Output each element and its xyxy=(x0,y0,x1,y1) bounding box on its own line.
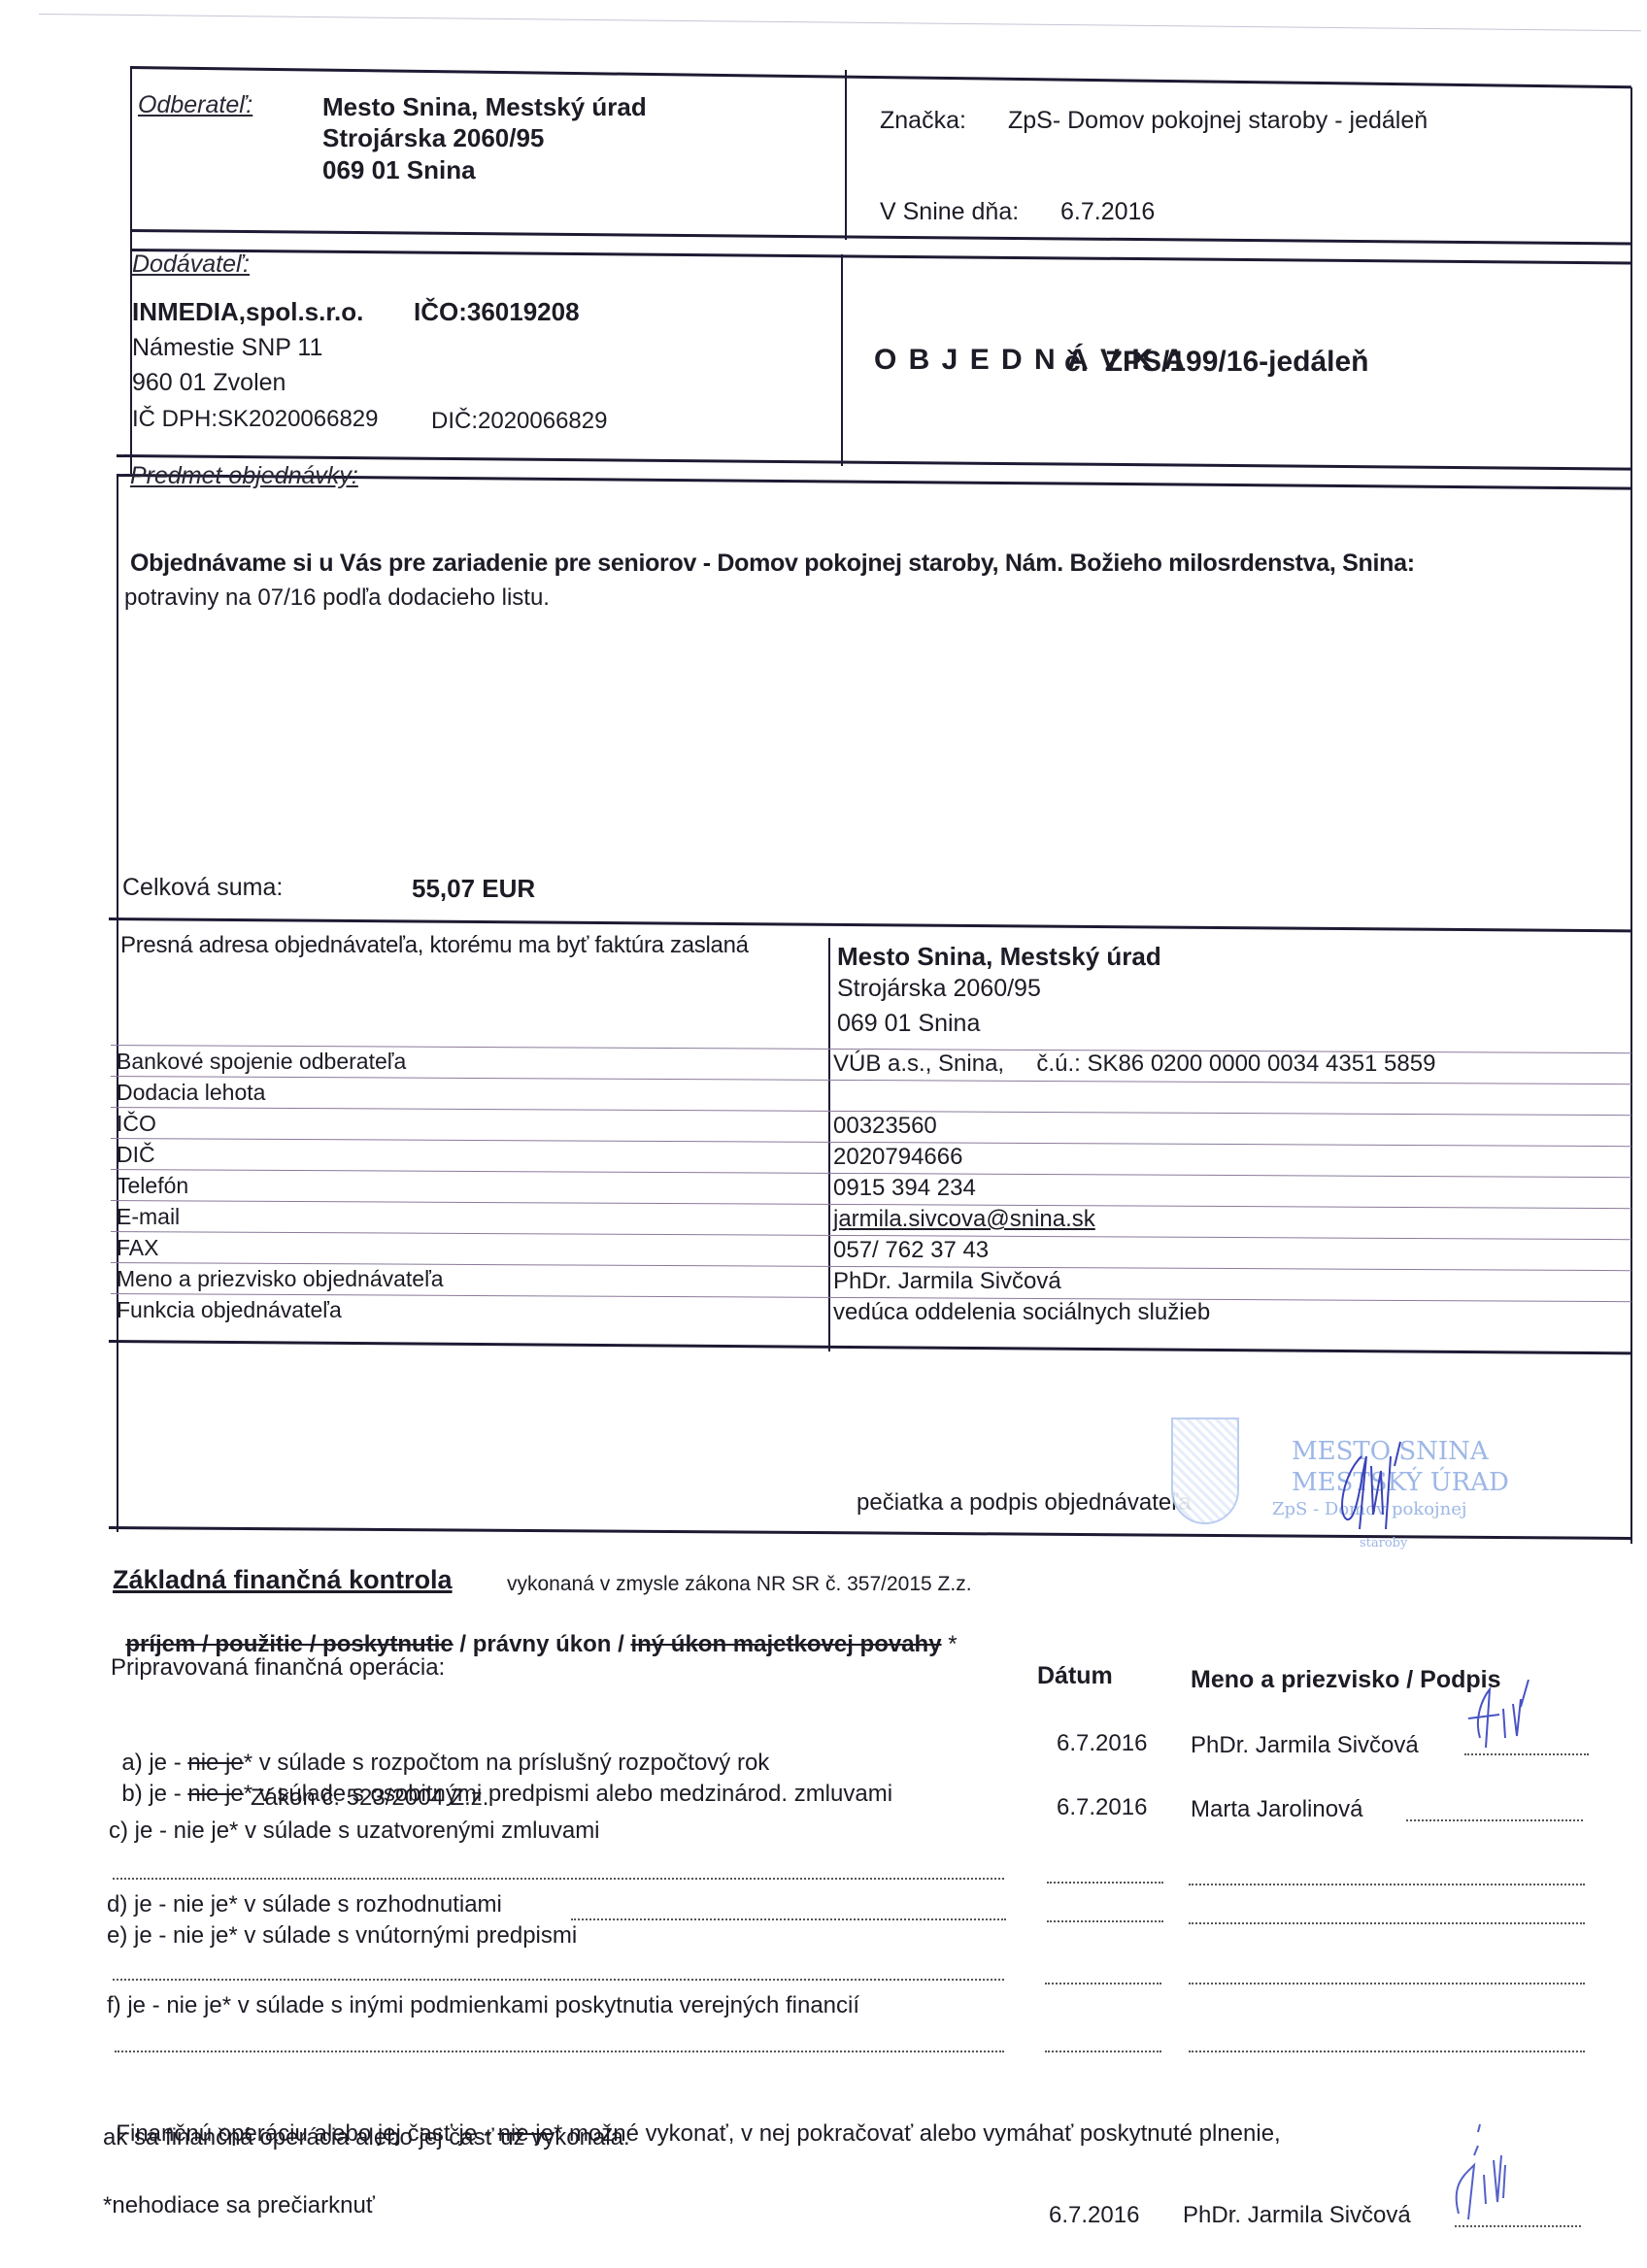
control-item-b: b) je - nie je* v súlade s osobitnými pr… xyxy=(109,1753,892,1808)
blank-line-f xyxy=(115,2051,1004,2052)
supplier-label: Dodávateľ: xyxy=(132,250,250,279)
blank-date-f xyxy=(1045,2051,1161,2052)
stamp-line-4: staroby xyxy=(1360,1536,1407,1551)
frame-mid-invoice xyxy=(828,938,830,1351)
supplier-name: INMEDIA,spol.s.r.o. xyxy=(132,297,363,327)
control-title: Základná finančná kontrola xyxy=(113,1565,453,1595)
sign-2-date: 6.7.2016 xyxy=(1057,1794,1147,1821)
invoice-row-label: DIČ xyxy=(117,1142,155,1168)
invoice-row-label: Telefón xyxy=(117,1173,188,1199)
frame-left-lower xyxy=(117,474,118,1532)
supplier-ico: IČO:36019208 xyxy=(414,297,580,327)
mark-label: Značka: xyxy=(880,107,966,135)
type-struck-1: príjem / použitie / poskytnutie xyxy=(125,1631,453,1657)
sign-2-line xyxy=(1406,1819,1583,1821)
blank-line-e xyxy=(113,1979,1004,1981)
control-item-c: c) je - nie je* v súlade s uzatvorenými … xyxy=(109,1818,600,1845)
invoice-address-name: Mesto Snina, Mestský úrad xyxy=(837,942,1161,972)
supplier-street: Námestie SNP 11 xyxy=(132,334,322,362)
customer-label: Odberateľ: xyxy=(138,91,252,119)
final-date: 6.7.2016 xyxy=(1049,2202,1139,2229)
sign-1-date: 6.7.2016 xyxy=(1057,1730,1147,1757)
signature-1-icon xyxy=(1461,1680,1538,1757)
divider-6 xyxy=(109,1340,1631,1354)
type-struck-2: iný úkon majetkovej povahy xyxy=(630,1631,941,1657)
control-item-f: f) je - nie je* v súlade s inými podmien… xyxy=(107,1992,859,2019)
type-sep-1: / xyxy=(454,1631,473,1657)
control-item-e: e) je - nie je* v súlade s vnútornými pr… xyxy=(107,1922,577,1950)
divider-1 xyxy=(130,229,1631,245)
date-value: 6.7.2016 xyxy=(1060,198,1155,226)
invoice-row-value: 2020794666 xyxy=(833,1144,962,1171)
supplier-ic-dph: IČ DPH:SK2020066829 xyxy=(132,406,379,433)
frame-right xyxy=(1630,87,1632,1544)
blank-name-c xyxy=(1189,1884,1585,1885)
control-type-line: príjem / použitie / poskytnutie / právny… xyxy=(113,1604,958,1658)
final-statement-line2: ak sa finančná operácia alebo jej časť u… xyxy=(103,2124,630,2151)
type-sep-2: / xyxy=(611,1631,630,1657)
item-b-struck: nie je xyxy=(187,1781,243,1807)
footnote: *nehodiace sa prečiarknuť xyxy=(103,2192,375,2219)
control-item-b-law: Zákon č. 523/2004 Z.z. xyxy=(251,1784,488,1812)
order-number: č. ZPS/199/16-jedáleň xyxy=(1064,346,1369,379)
invoice-row-value: VÚB a.s., Snina, č.ú.: SK86 0200 0000 00… xyxy=(833,1051,1435,1078)
prepared-label: Pripravovaná finančná operácia: xyxy=(111,1654,445,1682)
invoice-row-label: Bankové spojenie odberateľa xyxy=(117,1049,406,1075)
customer-street: Strojárska 2060/95 xyxy=(322,123,544,153)
total-value: 55,07 EUR xyxy=(412,874,535,904)
invoice-row-label: FAX xyxy=(117,1235,158,1261)
control-title-suffix: vykonaná v zmysle zákona NR SR č. 357/20… xyxy=(507,1573,972,1596)
subject-label: Predmet objednávky: xyxy=(130,462,358,490)
frame-top xyxy=(130,66,1631,88)
final-suffix: * možné vykonať, v nej pokračovať alebo … xyxy=(554,2120,1281,2147)
date-label: V Snine dňa: xyxy=(880,198,1019,226)
blank-date-d xyxy=(1047,1920,1163,1922)
invoice-row-value[interactable]: jarmila.sivcova@snina.sk xyxy=(833,1206,1095,1233)
invoice-row-label: Dodacia lehota xyxy=(117,1080,265,1106)
blank-name-e xyxy=(1189,1983,1585,1984)
blank-text-d xyxy=(571,1918,1006,1920)
supplier-dic: DIČ:2020066829 xyxy=(431,408,607,435)
sign-1-name: PhDr. Jarmila Sivčová xyxy=(1191,1732,1419,1759)
divider-5 xyxy=(109,917,1631,932)
customer-city: 069 01 Snina xyxy=(322,155,476,185)
invoice-row-value: PhDr. Jarmila Sivčová xyxy=(833,1268,1061,1295)
frame-mid-top xyxy=(845,70,847,240)
final-name: PhDr. Jarmila Sivčová xyxy=(1183,2202,1411,2229)
stamp-shield-icon xyxy=(1171,1417,1239,1524)
stamp-label: pečiatka a podpis objednávateľa xyxy=(857,1489,1192,1517)
signature-stamp-icon xyxy=(1332,1437,1420,1534)
subject-line1: Objednávame si u Vás pre zariadenie pre … xyxy=(130,550,1415,578)
type-active: právny úkon xyxy=(473,1631,612,1657)
sign-2-name: Marta Jarolinová xyxy=(1191,1796,1362,1823)
total-label: Celková suma: xyxy=(122,874,283,902)
signature-final-icon xyxy=(1445,2117,1523,2223)
invoice-row-value: vedúca oddelenia sociálnych služieb xyxy=(833,1299,1210,1326)
invoice-address-street: Strojárska 2060/95 xyxy=(837,975,1041,1003)
frame-mid-supplier xyxy=(841,254,843,466)
subject-line2: potraviny na 07/16 podľa dodacieho listu… xyxy=(124,584,550,612)
control-item-d: d) je - nie je* v súlade s rozhodnutiami xyxy=(107,1891,502,1918)
invoice-row-label: IČO xyxy=(117,1111,156,1137)
customer-name: Mesto Snina, Mestský úrad xyxy=(322,92,647,122)
blank-line-c xyxy=(113,1878,1004,1880)
type-star: * xyxy=(942,1631,958,1657)
supplier-city: 960 01 Zvolen xyxy=(132,369,286,397)
invoice-row-value: 00323560 xyxy=(833,1113,937,1140)
blank-date-e xyxy=(1045,1983,1161,1984)
blank-date-c xyxy=(1047,1882,1163,1884)
final-sign-line xyxy=(1455,2225,1581,2227)
blank-name-d xyxy=(1189,1922,1585,1924)
divider-2 xyxy=(130,249,1631,264)
item-b-prefix: b) je - xyxy=(121,1781,187,1807)
invoice-row-label: Funkcia objednávateľa xyxy=(117,1297,342,1323)
col-name-header: Meno a priezvisko / Podpis xyxy=(1191,1666,1501,1694)
blank-name-f xyxy=(1189,2051,1585,2052)
invoice-address-city: 069 01 Snina xyxy=(837,1010,980,1038)
invoice-row-value: 057/ 762 37 43 xyxy=(833,1237,989,1264)
col-date-header: Dátum xyxy=(1037,1662,1113,1690)
invoice-row-label: Meno a priezvisko objednávateľa xyxy=(117,1266,444,1292)
invoice-row-value: 0915 394 234 xyxy=(833,1175,976,1202)
scan-artifact-line xyxy=(39,14,1641,31)
mark-value: ZpS- Domov pokojnej staroby - jedáleň xyxy=(1008,107,1428,135)
invoice-row-label: E-mail xyxy=(117,1204,180,1230)
invoice-address-label: Presná adresa objednávateľa, ktorému ma … xyxy=(120,932,749,959)
